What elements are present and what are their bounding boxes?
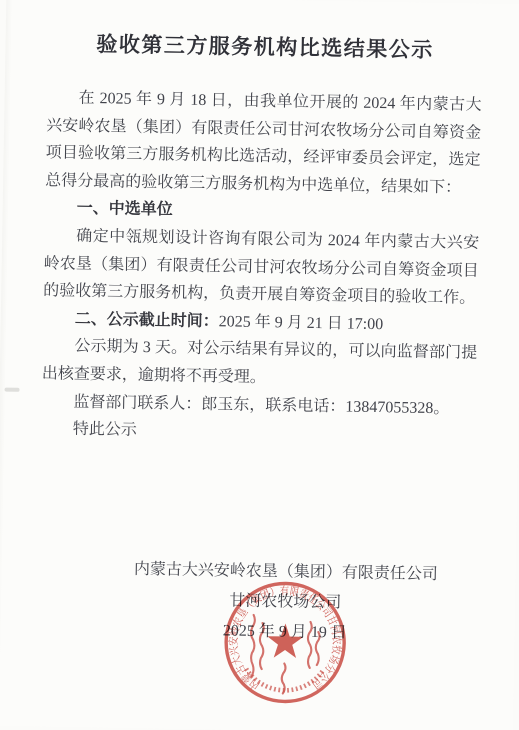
section2-deadline-value: 2025 年 9 月 21 日 17:00 bbox=[219, 313, 384, 333]
mongolian-column-2 bbox=[259, 623, 263, 669]
mongolian-column-5 bbox=[315, 632, 319, 665]
section1-paragraph: 确定中瓴规划设计咨询有限公司为 2024 年内蒙古大兴安岭农垦（集团）有限责任公… bbox=[43, 222, 479, 312]
intro-paragraph: 在 2025 年 9 月 18 日，由我单位开展的 2024 年内蒙古大兴安岭农… bbox=[45, 84, 482, 202]
mongolian-column-4 bbox=[307, 622, 311, 668]
mongolian-column-1 bbox=[250, 615, 255, 676]
document-page: 验收第三方服务机构比选结果公示 在 2025 年 9 月 18 日，由我单位开展… bbox=[0, 0, 519, 730]
document-title: 验收第三方服务机构比选结果公示 bbox=[5, 27, 519, 68]
official-seal-stamp-icon: 内蒙古大兴安岭农垦（集团）有限责任公司甘河农牧场分公司 bbox=[219, 576, 351, 708]
section2-paragraph: 公示期为 3 天。对公示结果有异议的，可以向监督部门提出核查要求，逾期将不再受理… bbox=[42, 333, 478, 396]
section2-heading-label: 二、公示截止时间： bbox=[75, 311, 219, 331]
scan-smudge-artifact bbox=[4, 388, 19, 392]
document-body: 在 2025 年 9 月 18 日，由我单位开展的 2024 年内蒙古大兴安岭农… bbox=[41, 84, 482, 450]
seal-star-icon bbox=[267, 623, 304, 658]
